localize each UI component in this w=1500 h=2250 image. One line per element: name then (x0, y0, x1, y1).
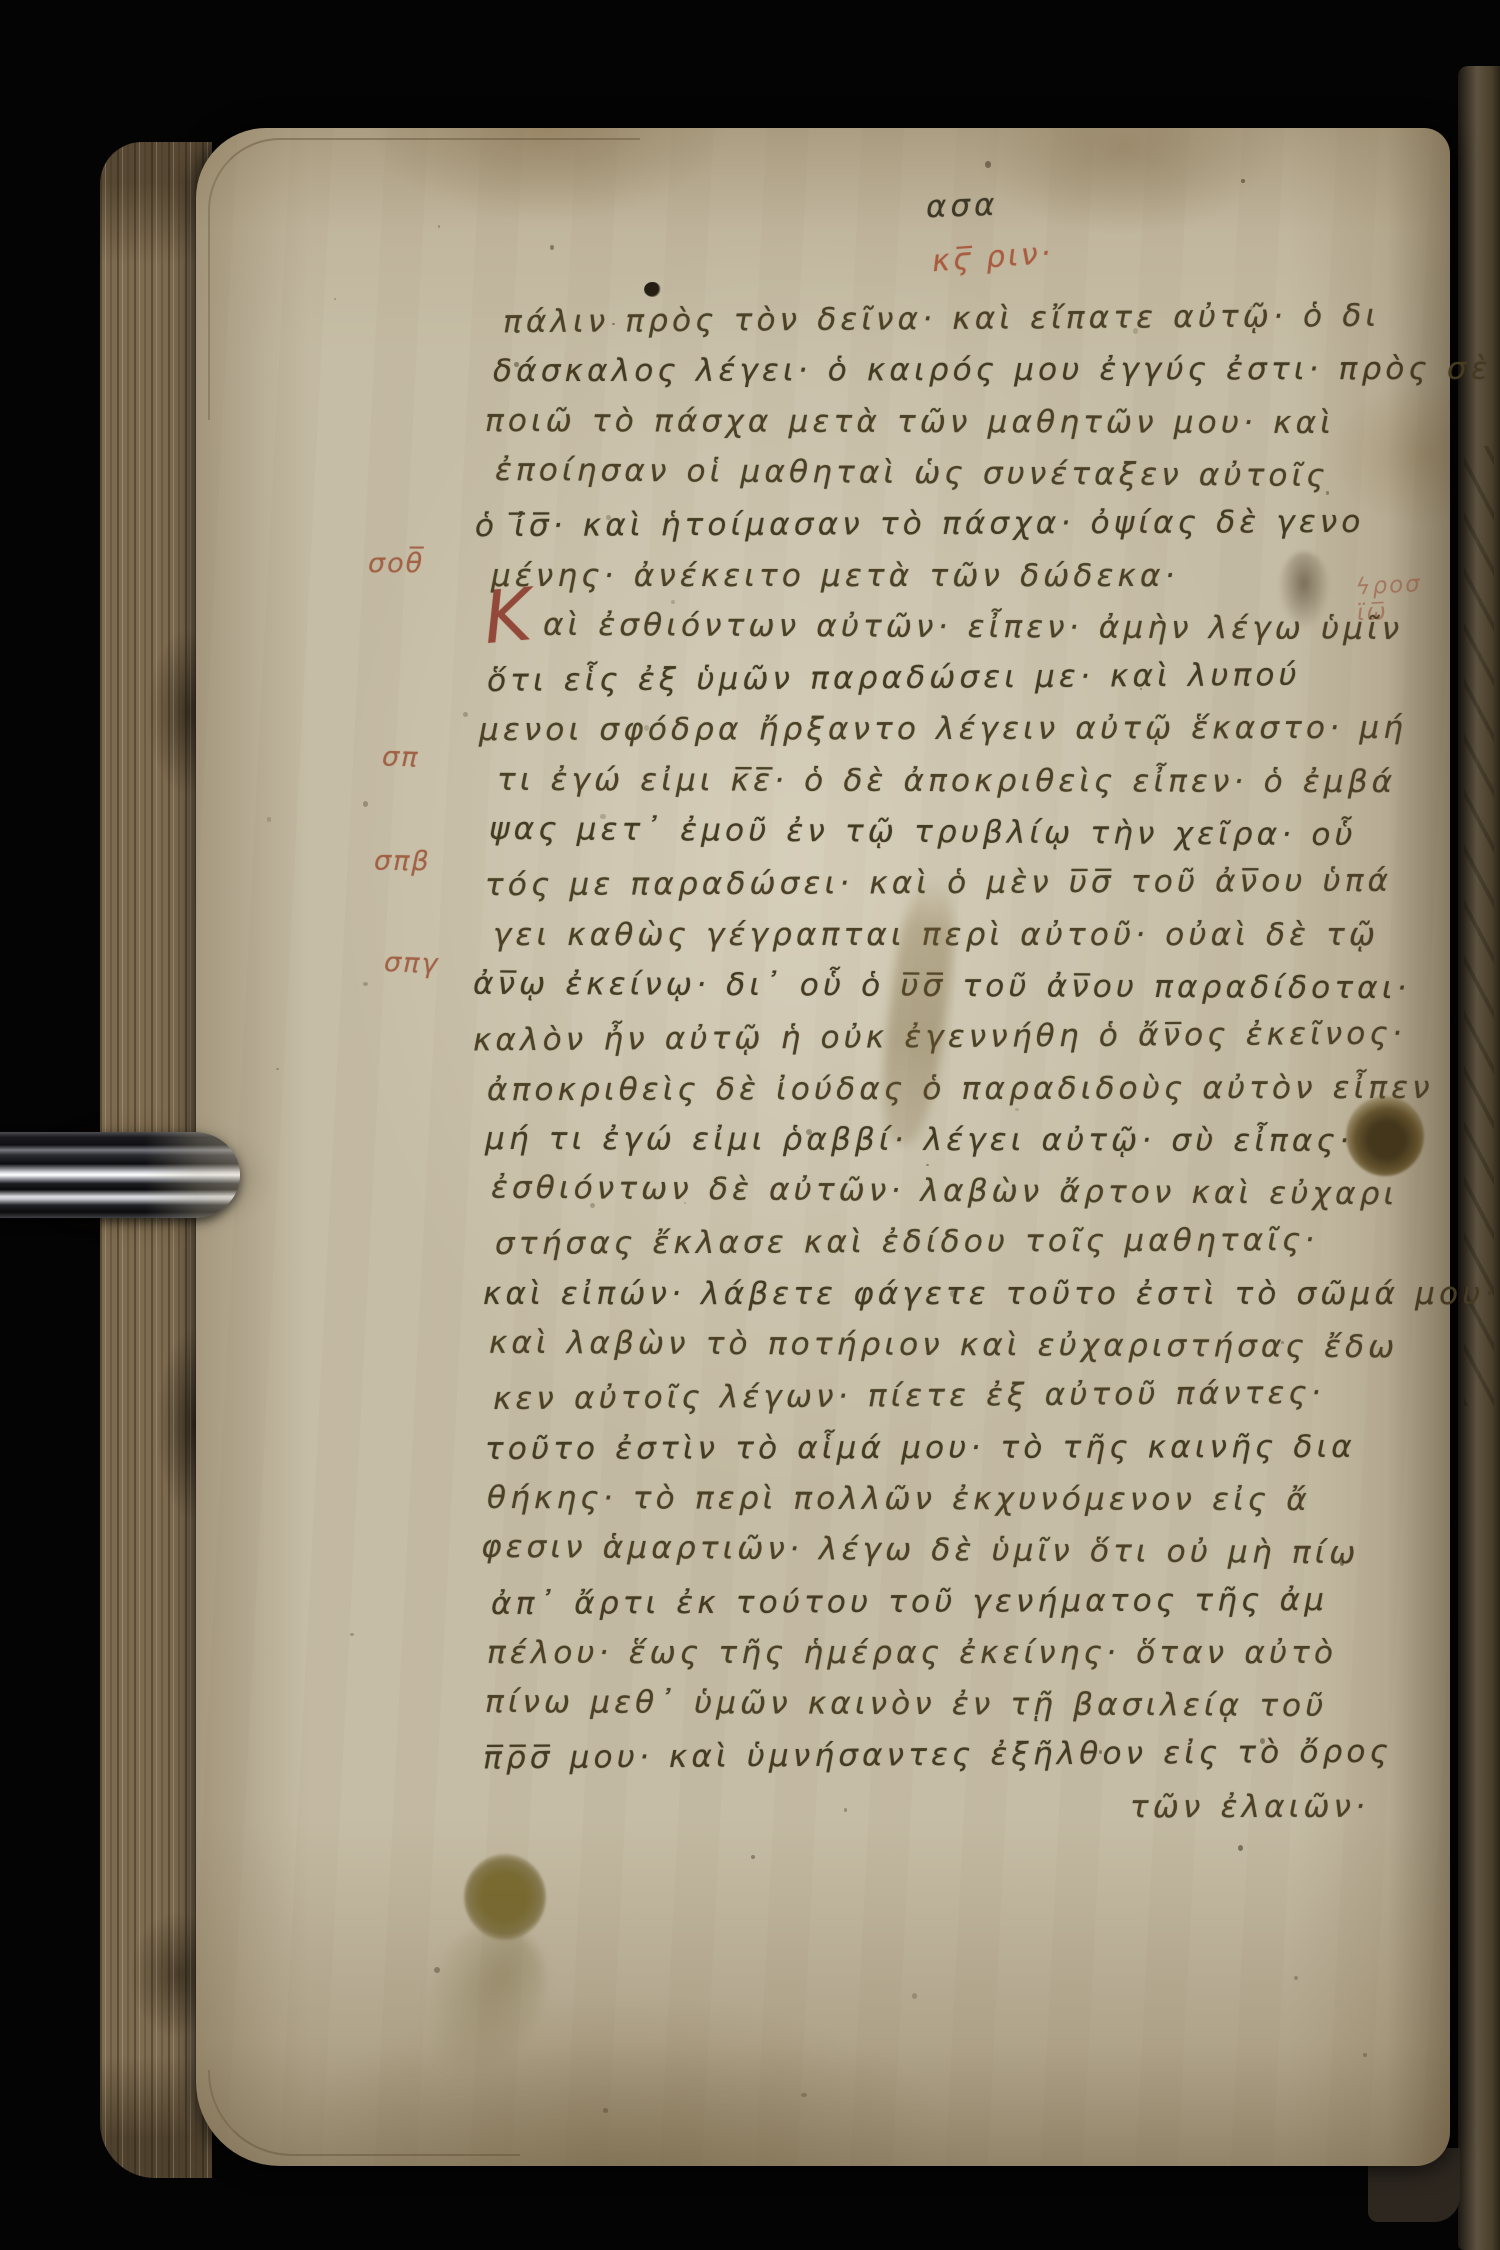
foxing-speck (644, 725, 649, 731)
photo-background: ασα κϛ̅ ριν· σοθ̅ σπ σπβ σπγ Κ ϟροσ ϊω̅ … (0, 0, 1500, 2250)
foxing-speck (1015, 1108, 1019, 1111)
foxing-speck (603, 2108, 608, 2113)
manuscript-text-line: καὶ εἰπών· λάβετε φάγετε τοῦτο ἐστὶ τὸ σ… (483, 1273, 1498, 1315)
manuscript-text-line: στήσας ἔκλασε καὶ ἐδίδου τοῖς μαθηταῖς· (495, 1219, 1319, 1265)
manuscript-text-line: γει καθὼς γέγραπται περὶ αὐτοῦ· οὐαὶ δὲ … (493, 914, 1379, 956)
manuscript-text-line: π̅ρ̅σ̅ μου· καὶ ὑμνήσαντες ἐξῆλθον εἰς τ… (483, 1731, 1392, 1780)
manuscript-text-line: ἐσθιόντων δὲ αὐτῶν· λαβὼν ἄρτον καὶ εὐχα… (491, 1167, 1399, 1216)
glass-rod (0, 1132, 240, 1218)
manuscript-text-line: φεσιν ἁμαρτιῶν· λέγω δὲ ὑμῖν ὅτι οὐ μὴ π… (481, 1526, 1360, 1574)
manuscript-text-line: ψας μετ᾽ ἐμοῦ ἐν τῷ τρυβλίῳ τὴν χεῖρα· ο… (489, 808, 1357, 856)
foxing-speck (434, 1967, 440, 1973)
foxing-speck (606, 515, 611, 520)
foxing-speck (1241, 179, 1245, 183)
manuscript-text-line: πάλιν πρὸς τὸν δεῖνα· καὶ εἴπατε αὐτῷ· ὁ… (503, 295, 1380, 343)
manuscript-text-block: πάλιν πρὸς τὸν δεῖνα· καὶ εἴπατε αὐτῷ· ὁ… (485, 298, 1445, 1898)
manuscript-text-line: τός με παραδώσει· καὶ ὁ μὲν υ̅σ̅ τοῦ ἀν̅… (485, 860, 1392, 906)
foxing-speck (276, 1068, 279, 1070)
foxing-speck (912, 1993, 917, 1999)
foxing-speck (950, 1290, 956, 1297)
margin-section-number: σπγ (383, 947, 439, 980)
manuscript-text-line: τῶν ἐλαιῶν· (1130, 1786, 1369, 1829)
manuscript-text-line: καλὸν ἦν αὐτῷ ἡ οὐκ ἐγεννήθη ὁ ἄν̅ος ἐκε… (473, 1013, 1406, 1062)
manuscript-text-line: μενοι σφόδρα ἤρξαντο λέγειν αὐτῷ ἕκαστο·… (479, 707, 1407, 751)
foxing-speck (267, 817, 271, 822)
foxing-speck (806, 1129, 812, 1135)
margin-section-number: σπβ (374, 846, 431, 878)
manuscript-text-line: πίνω μεθ᾽ ὑμῶν καινὸν ἐν τῇ βασιλείᾳ τοῦ (485, 1681, 1328, 1727)
manuscript-text-line: τοῦτο ἐστὶν τὸ αἷμά μου· τὸ τῆς καινῆς δ… (485, 1426, 1356, 1470)
manuscript-text-line: καὶ λαβὼν τὸ ποτήριον καὶ εὐχαριστήσας ἔ… (489, 1322, 1399, 1368)
foxing-speck (463, 712, 468, 717)
foxing-speck (780, 684, 784, 687)
ink-blot (644, 282, 661, 297)
foxing-speck (1133, 328, 1138, 334)
foxing-speck (514, 362, 519, 367)
manuscript-text-line: ἀπ᾽ ἄρτι ἐκ τούτου τοῦ γενήματος τῆς ἀμ (491, 1579, 1328, 1625)
foxing-speck (738, 982, 743, 986)
manuscript-text-line: τι ἐγώ εἰμι κ̅ε̅· ὁ δὲ ἀποκριθεὶς εἶπεν·… (497, 759, 1396, 803)
foxing-speck (985, 161, 991, 168)
manuscript-text-line: ἐποίησαν οἱ μαθηταὶ ὡς συνέταξεν αὐτοῖς (495, 449, 1329, 497)
foxing-speck (671, 600, 675, 604)
page-curl-line-bottom-left (208, 2070, 520, 2156)
manuscript-page: ασα κϛ̅ ριν· σοθ̅ σπ σπβ σπγ Κ ϟροσ ϊω̅ … (196, 128, 1450, 2166)
foxing-speck (1281, 1341, 1284, 1344)
manuscript-text-line: δάσκαλος λέγει· ὁ καιρός μου ἐγγύς ἐστι·… (493, 348, 1492, 392)
manuscript-text-line: μή τι ἐγώ εἰμι ῥαββί· λέγει αὐτῷ· σὺ εἶπ… (485, 1118, 1353, 1162)
foxing-speck (1140, 688, 1142, 690)
manuscript-text-line: θήκης· τὸ περὶ πολλῶν ἐκχυνόμενον εἰς ἄ (487, 1477, 1311, 1521)
foxing-speck (1250, 306, 1254, 309)
manuscript-text-line: ἀν̅ῳ ἐκείνῳ· δι᾽ οὗ ὁ υ̅σ̅ τοῦ ἀν̅ου παρ… (473, 963, 1411, 1010)
margin-section-number: σοθ̅ (368, 548, 424, 579)
manuscript-text-line: ἀποκριθεὶς δὲ ἰούδας ὁ παραδιδοὺς αὐτὸν … (487, 1067, 1434, 1111)
rubric-heading: κϛ̅ ριν· (931, 236, 1054, 279)
foxing-speck (926, 1164, 929, 1166)
manuscript-text-line: κεν αὐτοῖς λέγων· πίετε ἐξ αὐτοῦ πάντες· (493, 1372, 1325, 1420)
foxing-speck (600, 814, 606, 819)
manuscript-text-line: πέλου· ἕως τῆς ἡμέρας ἐκείνης· ὅταν αὐτὸ (487, 1632, 1337, 1674)
stain-tail (389, 1903, 570, 2101)
facing-page-edge (1458, 66, 1500, 2250)
folio-number: ασα (925, 187, 999, 226)
manuscript-text-line: ὁ ἰ̅σ̅· καὶ ἡτοίμασαν τὸ πάσχα· ὀψίας δὲ… (475, 501, 1365, 547)
foxing-speck (550, 245, 554, 250)
foxing-speck (438, 225, 440, 228)
foxing-speck (1363, 2053, 1367, 2057)
margin-section-number: σπ (381, 741, 419, 773)
foxing-speck (590, 1203, 595, 1208)
foxing-speck (334, 298, 336, 300)
manuscript-text-line: ποιῶ τὸ πάσχα μετὰ τῶν μαθητῶν μου· καὶ (485, 400, 1335, 444)
foxing-speck (801, 2093, 807, 2097)
foxing-speck (350, 1633, 354, 1636)
manuscript-text-line: μένης· ἀνέκειτο μετὰ τῶν δώδεκα· (491, 555, 1179, 597)
foxing-speck (363, 982, 368, 986)
manuscript-text-line: αὶ ἐσθιόντων αὐτῶν· εἶπεν· ἀμὴν λέγω ὑμῖ… (543, 604, 1404, 650)
foxing-speck (1294, 1976, 1298, 1980)
manuscript-text-line: ὅτι εἷς ἐξ ὑμῶν παραδώσει με· καὶ λυπού (487, 654, 1301, 702)
foxing-speck (363, 801, 368, 807)
